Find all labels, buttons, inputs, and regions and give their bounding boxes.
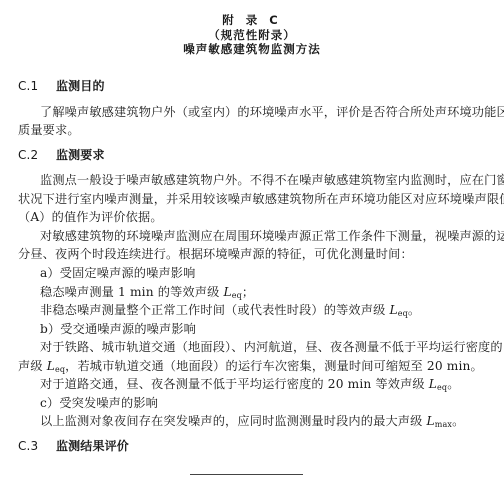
section-heading-c1: C.1监测目的 [18,79,105,93]
section-title: 监测要求 [56,148,105,162]
paragraph-line: 以上监测对象夜间存在突发噪声的，应同时监测测量时段内的最大声级 Lmax。 [40,414,464,432]
line-text: 以上监测对象夜间存在突发噪声的，应同时监测测量时段内的最大声级 [40,414,427,428]
paragraph-line: 分昼、夜两个时段连续进行。根据环境噪声源的特征，可优化测量时间： [18,247,413,261]
end-rule [190,474,303,475]
paragraph-line: 状况下进行室内噪声测量，并采用较该噪声敏感建筑物所在声环境功能区对应环境噪声限值… [18,192,504,206]
symbol-lmax: Lmax [427,414,453,428]
section-number: C.3 [18,439,56,453]
paragraph-line: 非稳态噪声测量整个正常工作时间（或代表性时段）的等效声级 Leq。 [40,303,420,321]
paragraph-line: 对于道路交通，昼、夜各测量不低于平均运行密度的 20 min 等效声级 Leq。 [40,377,460,395]
paragraph-line: 对于铁路、城市轨道交通（地面段）、内河航道，昼、夜各测量不低于平均运行密度的 1… [40,340,504,354]
line-text: 非稳态噪声测量整个正常工作时间（或代表性时段）的等效声级 [40,303,389,317]
paragraph-line: 质量要求。 [18,123,80,137]
section-number: C.2 [18,148,56,162]
paragraph-line: 对敏感建筑物的环境噪声监测应在周围环境噪声源正常工作条件下测量，视噪声源的运行工… [40,229,504,243]
section-title: 监测目的 [56,79,105,93]
list-item-c: c）受突发噪声的影响 [40,396,158,410]
paragraph-line: 监测点一般设于噪声敏感建筑物户外。不得不在噪声敏感建筑物室内监测时，应在门窗全打… [40,173,504,187]
appendix-heading: 噪声敏感建筑物监测方法 [0,42,504,56]
symbol-leq: Leq [47,359,65,373]
symbol-leq: Leq [223,285,241,299]
list-item-a: a）受固定噪声源的噪声影响 [40,266,195,280]
paragraph-line: （A）的值作为评价依据。 [18,210,163,224]
paragraph-line: 声级 Leq，若城市轨道交通（地面段）的运行车次密集，测量时间可缩短至 20 m… [18,359,483,377]
line-text: 稳态噪声测量 1 min 的等效声级 [40,285,223,299]
paragraph-line: 稳态噪声测量 1 min 的等效声级 Leq； [40,285,254,303]
section-number: C.1 [18,79,56,93]
section-heading-c2: C.2监测要求 [18,148,105,162]
list-item-b: b）受交通噪声源的噪声影响 [40,322,196,336]
line-text: 声级 [18,359,47,373]
paragraph-line: 了解噪声敏感建筑物户外（或室内）的环境噪声水平，评价是否符合所处声环境功能区的环… [40,105,504,119]
appendix-type: （规范性附录） [0,28,504,42]
document-page: 附 录 C （规范性附录） 噪声敏感建筑物监测方法 C.1监测目的 了解噪声敏感… [0,0,504,494]
section-heading-c3: C.3监测结果评价 [18,439,129,453]
symbol-leq: Leq [429,377,447,391]
line-text: 对于道路交通，昼、夜各测量不低于平均运行密度的 20 min 等效声级 [40,377,429,391]
symbol-leq: Leq [389,303,407,317]
appendix-title: 附 录 C [0,13,504,27]
section-title: 监测结果评价 [56,439,129,453]
